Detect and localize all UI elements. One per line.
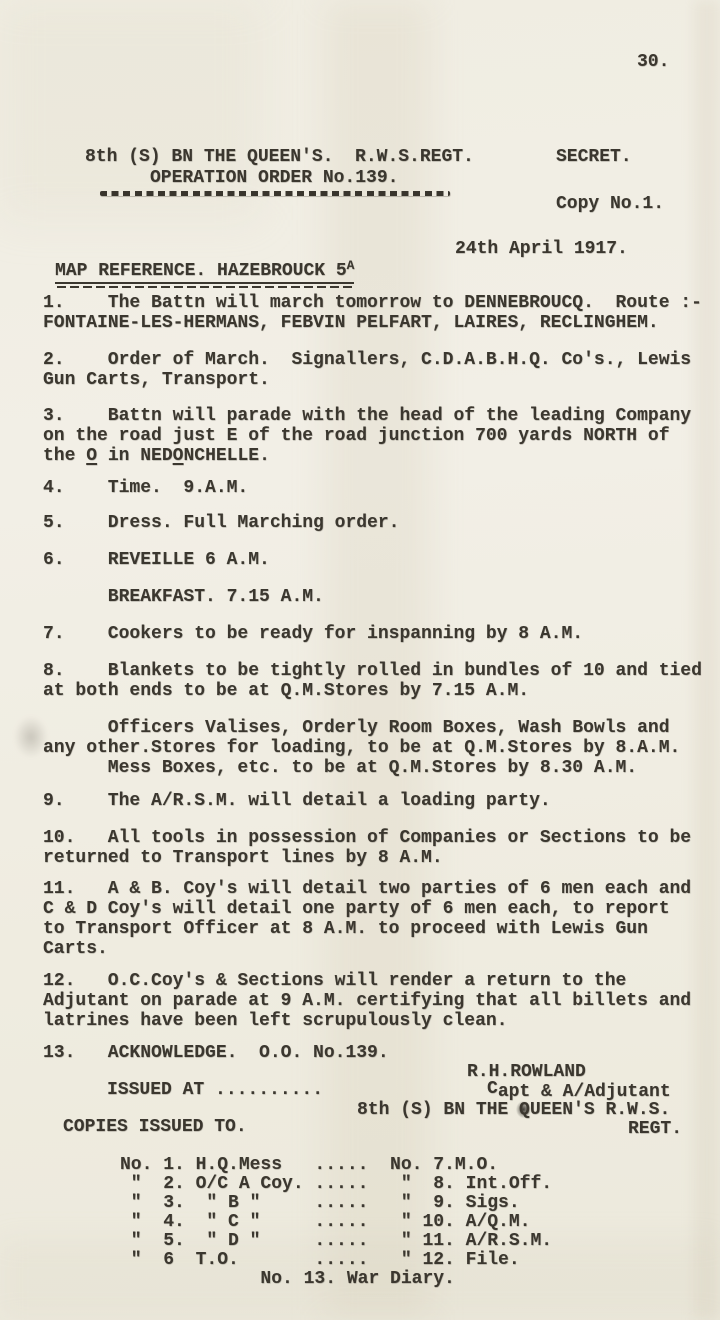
order-paragraph: BREAKFAST. 7.15 A.M. xyxy=(43,587,324,607)
text-line: at both ends to be at Q.M.Stores by 7.15… xyxy=(43,681,702,701)
order-paragraph: 5. Dress. Full Marching order. xyxy=(43,513,399,533)
text-line: 12. O.C.Coy's & Sections will render a r… xyxy=(43,971,691,991)
order-paragraph: 11. A & B. Coy's will detail two parties… xyxy=(43,879,691,959)
issued-at-line: ISSUED AT .......... xyxy=(107,1080,323,1100)
text-line: Officers Valises, Orderly Room Boxes, Wa… xyxy=(43,718,680,738)
text-run: returned to Transport lines by 8 A.M. xyxy=(43,848,443,868)
order-paragraph: 9. The A/R.S.M. will detail a loading pa… xyxy=(43,791,551,811)
text-run: the xyxy=(43,446,86,466)
text-line: 13. ACKNOWLEDGE. O.O. No.139. xyxy=(43,1043,389,1063)
underlined-text: O xyxy=(173,446,184,466)
map-reference-sheet-suffix: A xyxy=(347,258,355,273)
text-run: 3. Battn will parade with the head of th… xyxy=(43,406,691,426)
text-line: FONTAINE-LES-HERMANS, FEBVIN PELFART, LA… xyxy=(43,313,702,333)
text-run: NCHELLE. xyxy=(183,446,269,466)
signature-title-rest: apt & A/Adjutant xyxy=(498,1082,671,1102)
text-line: 6. REVEILLE 6 A.M. xyxy=(43,550,270,570)
document-page: 30. 8th (S) BN THE QUEEN'S. R.W.S.REGT. … xyxy=(0,0,720,1320)
text-line: any other.Stores for loading, to be at Q… xyxy=(43,738,680,758)
distribution-row: " 4. " C " ..... " 10. A/Q.M. xyxy=(120,1213,552,1232)
text-line: returned to Transport lines by 8 A.M. xyxy=(43,848,691,868)
order-paragraph: 13. ACKNOWLEDGE. O.O. No.139. xyxy=(43,1043,389,1063)
text-run: Officers Valises, Orderly Room Boxes, Wa… xyxy=(43,718,670,738)
text-run: 10. All tools in possession of Companies… xyxy=(43,828,691,848)
text-run: 7. Cookers to be ready for inspanning by… xyxy=(43,624,583,644)
text-line: 4. Time. 9.A.M. xyxy=(43,478,248,498)
unit-title: 8th (S) BN THE QUEEN'S. R.W.S.REGT. xyxy=(85,147,474,167)
order-paragraph: 8. Blankets to be tightly rolled in bund… xyxy=(43,661,702,701)
text-run: 6. REVEILLE 6 A.M. xyxy=(43,550,270,570)
order-paragraph: 6. REVEILLE 6 A.M. xyxy=(43,550,270,570)
order-paragraph: Officers Valises, Orderly Room Boxes, Wa… xyxy=(43,718,680,778)
text-run: latrines have been left scrupulously cle… xyxy=(43,1011,507,1031)
text-line: 1. The Battn will march tomorrow to DENN… xyxy=(43,293,702,313)
text-line: C & D Coy's will detail one party of 6 m… xyxy=(43,899,691,919)
text-run: 9. The A/R.S.M. will detail a loading pa… xyxy=(43,791,551,811)
text-run: 13. ACKNOWLEDGE. O.O. No.139. xyxy=(43,1043,389,1063)
text-run: 1. The Battn will march tomorrow to DENN… xyxy=(43,293,702,313)
text-run: any other.Stores for loading, to be at Q… xyxy=(43,738,680,758)
classification-secret: SECRET. xyxy=(556,147,632,167)
text-line: Gun Carts, Transport. xyxy=(43,370,691,390)
text-line: BREAKFAST. 7.15 A.M. xyxy=(43,587,324,607)
distribution-row: No. 1. H.Q.Mess ..... No. 7.M.O. xyxy=(120,1156,552,1175)
map-reference-text: MAP REFERENCE. HAZEBROUCK 5 xyxy=(55,261,347,281)
text-line: 3. Battn will parade with the head of th… xyxy=(43,406,691,426)
distribution-row: " 6 T.O. ..... " 12. File. xyxy=(120,1251,552,1270)
text-line: 7. Cookers to be ready for inspanning by… xyxy=(43,624,583,644)
map-reference-heading: MAP REFERENCE. HAZEBROUCK 5A xyxy=(55,256,354,284)
text-line: to Transport Officer at 8 A.M. to procee… xyxy=(43,919,691,939)
text-run: Adjutant on parade at 9 A.M. certifying … xyxy=(43,991,691,1011)
order-paragraph: 12. O.C.Coy's & Sections will render a r… xyxy=(43,971,691,1031)
text-run: BREAKFAST. 7.15 A.M. xyxy=(43,587,324,607)
text-line: 2. Order of March. Signallers, C.D.A.B.H… xyxy=(43,350,691,370)
text-line: on the road just E of the road junction … xyxy=(43,426,691,446)
text-run: 12. O.C.Coy's & Sections will render a r… xyxy=(43,971,626,991)
order-paragraph: 7. Cookers to be ready for inspanning by… xyxy=(43,624,583,644)
text-run: 4. Time. 9.A.M. xyxy=(43,478,248,498)
text-line: the O in NEDONCHELLE. xyxy=(43,446,691,466)
text-run: to Transport Officer at 8 A.M. to procee… xyxy=(43,919,648,939)
text-line: Carts. xyxy=(43,939,691,959)
order-paragraph: 1. The Battn will march tomorrow to DENN… xyxy=(43,293,702,333)
text-run: 8. Blankets to be tightly rolled in bund… xyxy=(43,661,702,681)
paper-texture-band xyxy=(325,0,430,1320)
typed-dash-divider xyxy=(100,191,450,196)
text-run: 11. A & B. Coy's will detail two parties… xyxy=(43,879,691,899)
distribution-row: " 2. O/C A Coy. ..... " 8. Int.Off. xyxy=(120,1175,552,1194)
text-line: 10. All tools in possession of Companies… xyxy=(43,828,691,848)
text-line: Mess Boxes, etc. to be at Q.M.Stores by … xyxy=(43,758,680,778)
signature-title-initial: C xyxy=(487,1079,498,1099)
page-number: 30. xyxy=(637,52,669,72)
text-run: C & D Coy's will detail one party of 6 m… xyxy=(43,899,670,919)
order-paragraph: 10. All tools in possession of Companies… xyxy=(43,828,691,868)
operation-order-title: OPERATION ORDER No.139. xyxy=(150,168,398,188)
text-line: 11. A & B. Coy's will detail two parties… xyxy=(43,879,691,899)
order-paragraph: 2. Order of March. Signallers, C.D.A.B.H… xyxy=(43,350,691,390)
signature-name: R.H.ROWLAND xyxy=(467,1062,586,1082)
order-paragraph: 3. Battn will parade with the head of th… xyxy=(43,406,691,466)
signature-title: Capt & A/Adjutant xyxy=(487,1082,671,1102)
text-run: 2. Order of March. Signallers, C.D.A.B.H… xyxy=(43,350,691,370)
text-run: at both ends to be at Q.M.Stores by 7.15… xyxy=(43,681,529,701)
copies-issued-heading: COPIES ISSUED TO. xyxy=(63,1117,247,1137)
text-run: Gun Carts, Transport. xyxy=(43,370,270,390)
distribution-row: " 5. " D " ..... " 11. A/R.S.M. xyxy=(120,1232,552,1251)
text-run: Carts. xyxy=(43,939,108,959)
text-run: in NED xyxy=(97,446,173,466)
text-run: on the road just E of the road junction … xyxy=(43,426,670,446)
copy-number: Copy No.1. xyxy=(556,194,664,214)
distribution-list: No. 1. H.Q.Mess ..... No. 7.M.O. " 2. O/… xyxy=(120,1156,552,1289)
paper-texture-edge xyxy=(694,0,720,1320)
text-run: FONTAINE-LES-HERMANS, FEBVIN PELFART, LA… xyxy=(43,313,659,333)
signature-unit-regt: REGT. xyxy=(628,1119,682,1139)
text-line: latrines have been left scrupulously cle… xyxy=(43,1011,691,1031)
text-line: 5. Dress. Full Marching order. xyxy=(43,513,399,533)
text-line: Adjutant on parade at 9 A.M. certifying … xyxy=(43,991,691,1011)
signature-unit-line: 8th (S) BN THE QUEEN'S R.W.S. xyxy=(357,1100,670,1120)
distribution-row: No. 13. War Diary. xyxy=(120,1270,552,1289)
order-date: 24th April 1917. xyxy=(455,239,628,259)
text-line: 9. The A/R.S.M. will detail a loading pa… xyxy=(43,791,551,811)
text-run: 5. Dress. Full Marching order. xyxy=(43,513,399,533)
order-paragraph: 4. Time. 9.A.M. xyxy=(43,478,248,498)
underlined-text: O xyxy=(86,446,97,466)
text-line: 8. Blankets to be tightly rolled in bund… xyxy=(43,661,702,681)
text-run: Mess Boxes, etc. to be at Q.M.Stores by … xyxy=(43,758,637,778)
distribution-row: " 3. " B " ..... " 9. Sigs. xyxy=(120,1194,552,1213)
